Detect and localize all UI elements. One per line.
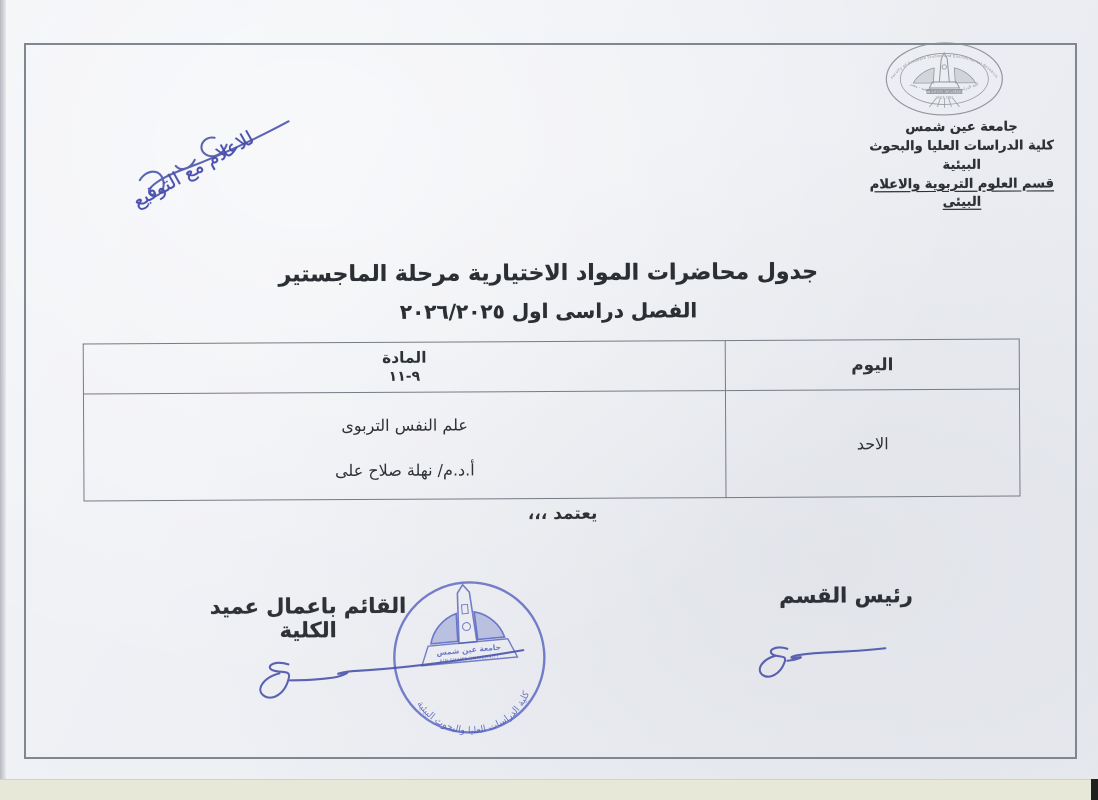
subject-name: علم النفس التربوى — [85, 414, 724, 436]
document-title: جدول محاضرات المواد الاختيارية مرحلة الم… — [0, 258, 1097, 289]
handwritten-note: للاعلام مع التوقيع — [129, 95, 314, 212]
seal-since-text: SINCE 1982 — [936, 95, 954, 99]
document-content: للاعلام مع التوقيع AIN SHAMS UNIVERSITY … — [0, 0, 1098, 800]
department-head-title: رئيس القسم — [766, 583, 926, 608]
approval-text: يعتمد ،،، — [463, 503, 663, 524]
scan-corner-mark — [1091, 779, 1098, 800]
scanner-background-strip — [0, 779, 1098, 800]
department-head-signature — [760, 647, 886, 677]
table-row: الاحد علم النفس التربوى أ.د.م/ نهلة صلاح… — [83, 389, 1020, 501]
scanned-document: للاعلام مع التوقيع AIN SHAMS UNIVERSITY … — [0, 0, 1098, 800]
header-cell-subject: المادة ٩-١١ — [83, 341, 725, 394]
cell-subject: علم النفس التربوى أ.د.م/ نهلة صلاح على — [83, 391, 726, 501]
document-subtitle: الفصل دراسى اول ٢٠٢٦/٢٠٢٥ — [0, 296, 1098, 326]
letterhead-faculty: كلية الدراسات العليا والبحوث البيئية — [851, 137, 1073, 176]
stamp-faculty-arc-text: كلية الدراسات العليا والبحوث البيئية — [414, 689, 536, 741]
header-cell-day: اليوم — [725, 339, 1019, 391]
letterhead-university: جامعة عين شمس — [851, 118, 1073, 138]
letterhead: جامعة عين شمس كلية الدراسات العليا والبح… — [851, 118, 1073, 213]
cell-day: الاحد — [725, 389, 1020, 498]
letterhead-department: قسم العلوم التربوية والاعلام البيئى — [851, 175, 1073, 214]
official-stamp: جامعة عين شمس AIN SHAMS UNIVERSITY كلية … — [387, 574, 552, 741]
table-header-row: اليوم المادة ٩-١١ — [83, 339, 1019, 394]
faculty-seal-logo: AIN SHAMS UNIVERSITY SINCE 1982 Faculty … — [882, 40, 1006, 121]
schedule-table: اليوم المادة ٩-١١ الاحد علم النفس التربو… — [83, 339, 1021, 502]
seal-arc-top-text: Faculty of Graduate Studies and Environm… — [890, 54, 998, 80]
header-time-label: ٩-١١ — [85, 367, 724, 389]
lecturer-name: أ.د.م/ نهلة صلاح على — [85, 459, 724, 481]
